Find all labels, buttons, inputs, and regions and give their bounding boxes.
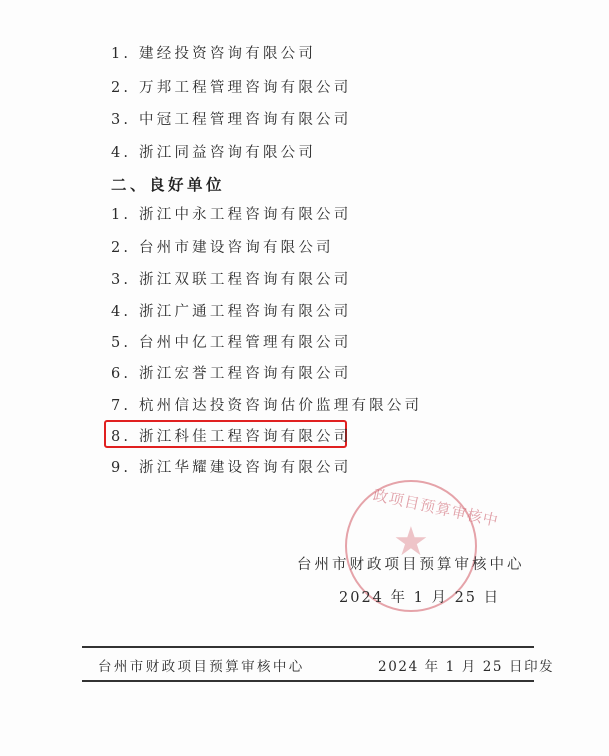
list-item: 4. 浙江广通工程咨询有限公司 (111, 302, 351, 322)
list-item: 2. 台州市建设咨询有限公司 (111, 238, 334, 258)
footer-bottom-rule (82, 680, 534, 682)
list-item: 3. 浙江双联工程咨询有限公司 (111, 270, 351, 290)
list-item: 7. 杭州信达投资咨询估价监理有限公司 (111, 396, 422, 416)
list-item-highlighted: 8. 浙江科佳工程咨询有限公司 (111, 427, 351, 447)
list-item: 4. 浙江同益咨询有限公司 (111, 143, 316, 163)
list-item: 5. 台州中亿工程管理有限公司 (111, 333, 351, 353)
list-item: 2. 万邦工程管理咨询有限公司 (111, 78, 351, 98)
signature-date: 2024 年 1 月 25 日 (339, 586, 500, 607)
list-item: 1. 建经投资咨询有限公司 (111, 44, 316, 64)
section-heading: 二、良好单位 (111, 175, 225, 195)
signature-organization: 台州市财政项目预算审核中心 (297, 553, 525, 574)
list-item: 9. 浙江华耀建设咨询有限公司 (111, 458, 351, 478)
list-item: 1. 浙江中永工程咨询有限公司 (111, 205, 351, 225)
list-item: 6. 浙江宏誉工程咨询有限公司 (111, 364, 351, 384)
list-item: 3. 中冠工程管理咨询有限公司 (111, 110, 351, 130)
footer-organization: 台州市财政项目预算审核中心 (98, 655, 305, 675)
footer-top-rule (82, 646, 534, 648)
footer-issue-date: 2024 年 1 月 25 日印发 (378, 655, 554, 675)
